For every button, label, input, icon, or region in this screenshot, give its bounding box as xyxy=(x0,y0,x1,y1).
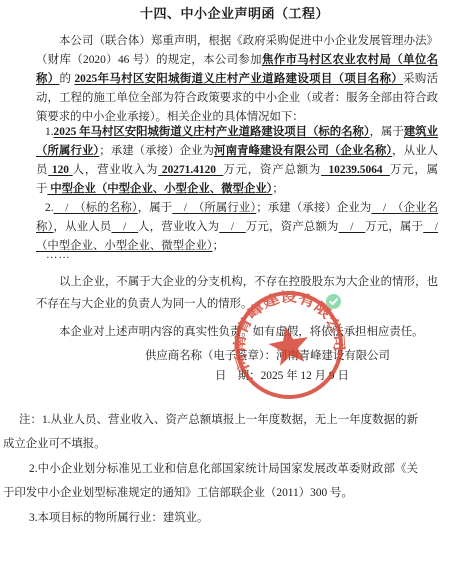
item1-enterprise-size: 中型企业（中型企业、小型企业、微型企业） xyxy=(47,183,272,195)
item1-bid-subject: 2025 年马村区安阳城街道义庄村产业道路建设项目（标的名称） xyxy=(54,126,370,138)
item1-text: ； xyxy=(272,183,283,195)
note-3: 3.本项目标的物所属行业：建筑业。 xyxy=(3,507,418,531)
item2-text: ，从业人员 xyxy=(54,221,112,233)
enterprise-item-1: 1.2025 年马村区安阳城街道义庄村产业道路建设项目（标的名称），属于建筑业（… xyxy=(36,123,438,199)
declaration-mid: 的 xyxy=(60,73,75,85)
item1-contractor-name: 河南青峰建设有限公司（企业名称） xyxy=(214,145,392,157)
signature-verified-badge[interactable] xyxy=(326,294,341,309)
item2-industry-slot: / （所属行业） xyxy=(172,202,256,214)
verified-badge-circle xyxy=(326,294,341,309)
item2-revenue-slot: / xyxy=(219,221,246,233)
item2-text: 人，营业收入为 xyxy=(138,221,219,233)
supplier-name-line: 供应商名称（电子签章）：河南青峰建设有限公司 xyxy=(145,347,390,363)
item2-text: ； xyxy=(213,240,224,252)
item1-number: 1. xyxy=(45,126,54,138)
item1-text: 万元，资产总额为 xyxy=(223,164,321,176)
item2-subject-slot: / （标的名称） xyxy=(54,202,138,214)
enterprise-item-2: 2. / （标的名称），属于 / （所属行业）；承建（承接）企业为 / （企业名… xyxy=(36,199,438,256)
no-branch-paragraph: 以上企业，不属于大企业的分支机构，不存在控股股东为大企业的情形，也不存在与大企业… xyxy=(36,272,438,315)
document-page: 十四、中小企业声明函（工程） 本公司（联合体）郑重声明，根据《政府采购促进中小企… xyxy=(0,0,469,574)
item1-text: ，属于 xyxy=(370,126,404,138)
responsibility-paragraph: 本企业对上述声明内容的真实性负责。如有虚假，将依法承担相应责任。 xyxy=(36,323,438,342)
item2-staff-slot: / xyxy=(112,221,139,233)
item1-staff-count: 120 xyxy=(48,164,72,176)
item2-text: ，属于 xyxy=(138,202,173,214)
declaration-paragraph: 本公司（联合体）郑重声明，根据《政府采购促进中小企业发展管理办法》（财库（202… xyxy=(36,32,438,127)
item2-text: 万元，属于 xyxy=(365,221,423,233)
item1-assets-value: 10239.5064 xyxy=(321,164,390,176)
page-title: 十四、中小企业声明函（工程） xyxy=(0,3,469,22)
item2-text: ；承建（承接）企业为 xyxy=(256,202,371,214)
ellipsis-line: …… xyxy=(46,249,71,261)
item2-number: 2. xyxy=(45,202,54,214)
item1-revenue-value: 20271.4120 xyxy=(158,164,223,176)
item1-text: ；承建（承接）企业为 xyxy=(99,145,214,157)
date-line: 日 期：2025 年 12 月 9 日 xyxy=(215,367,349,383)
item2-text: 万元，资产总额为 xyxy=(246,221,339,233)
project-name: 2025年马村区安阳城街道义庄村产业道路建设项目（项目名称） xyxy=(74,73,403,85)
item2-assets-slot: / xyxy=(339,221,366,233)
item1-text: 人，营业收入为 xyxy=(73,164,159,176)
note-2: 2.中小企业划分标准见工业和信息化部国家统计局国家发展改革委财政部《关于印发中小… xyxy=(3,458,418,505)
note-1: 注：1.从业人员、营业收入、资产总额填报上一年度数据，无上一年度数据的新成立企业… xyxy=(3,409,418,456)
